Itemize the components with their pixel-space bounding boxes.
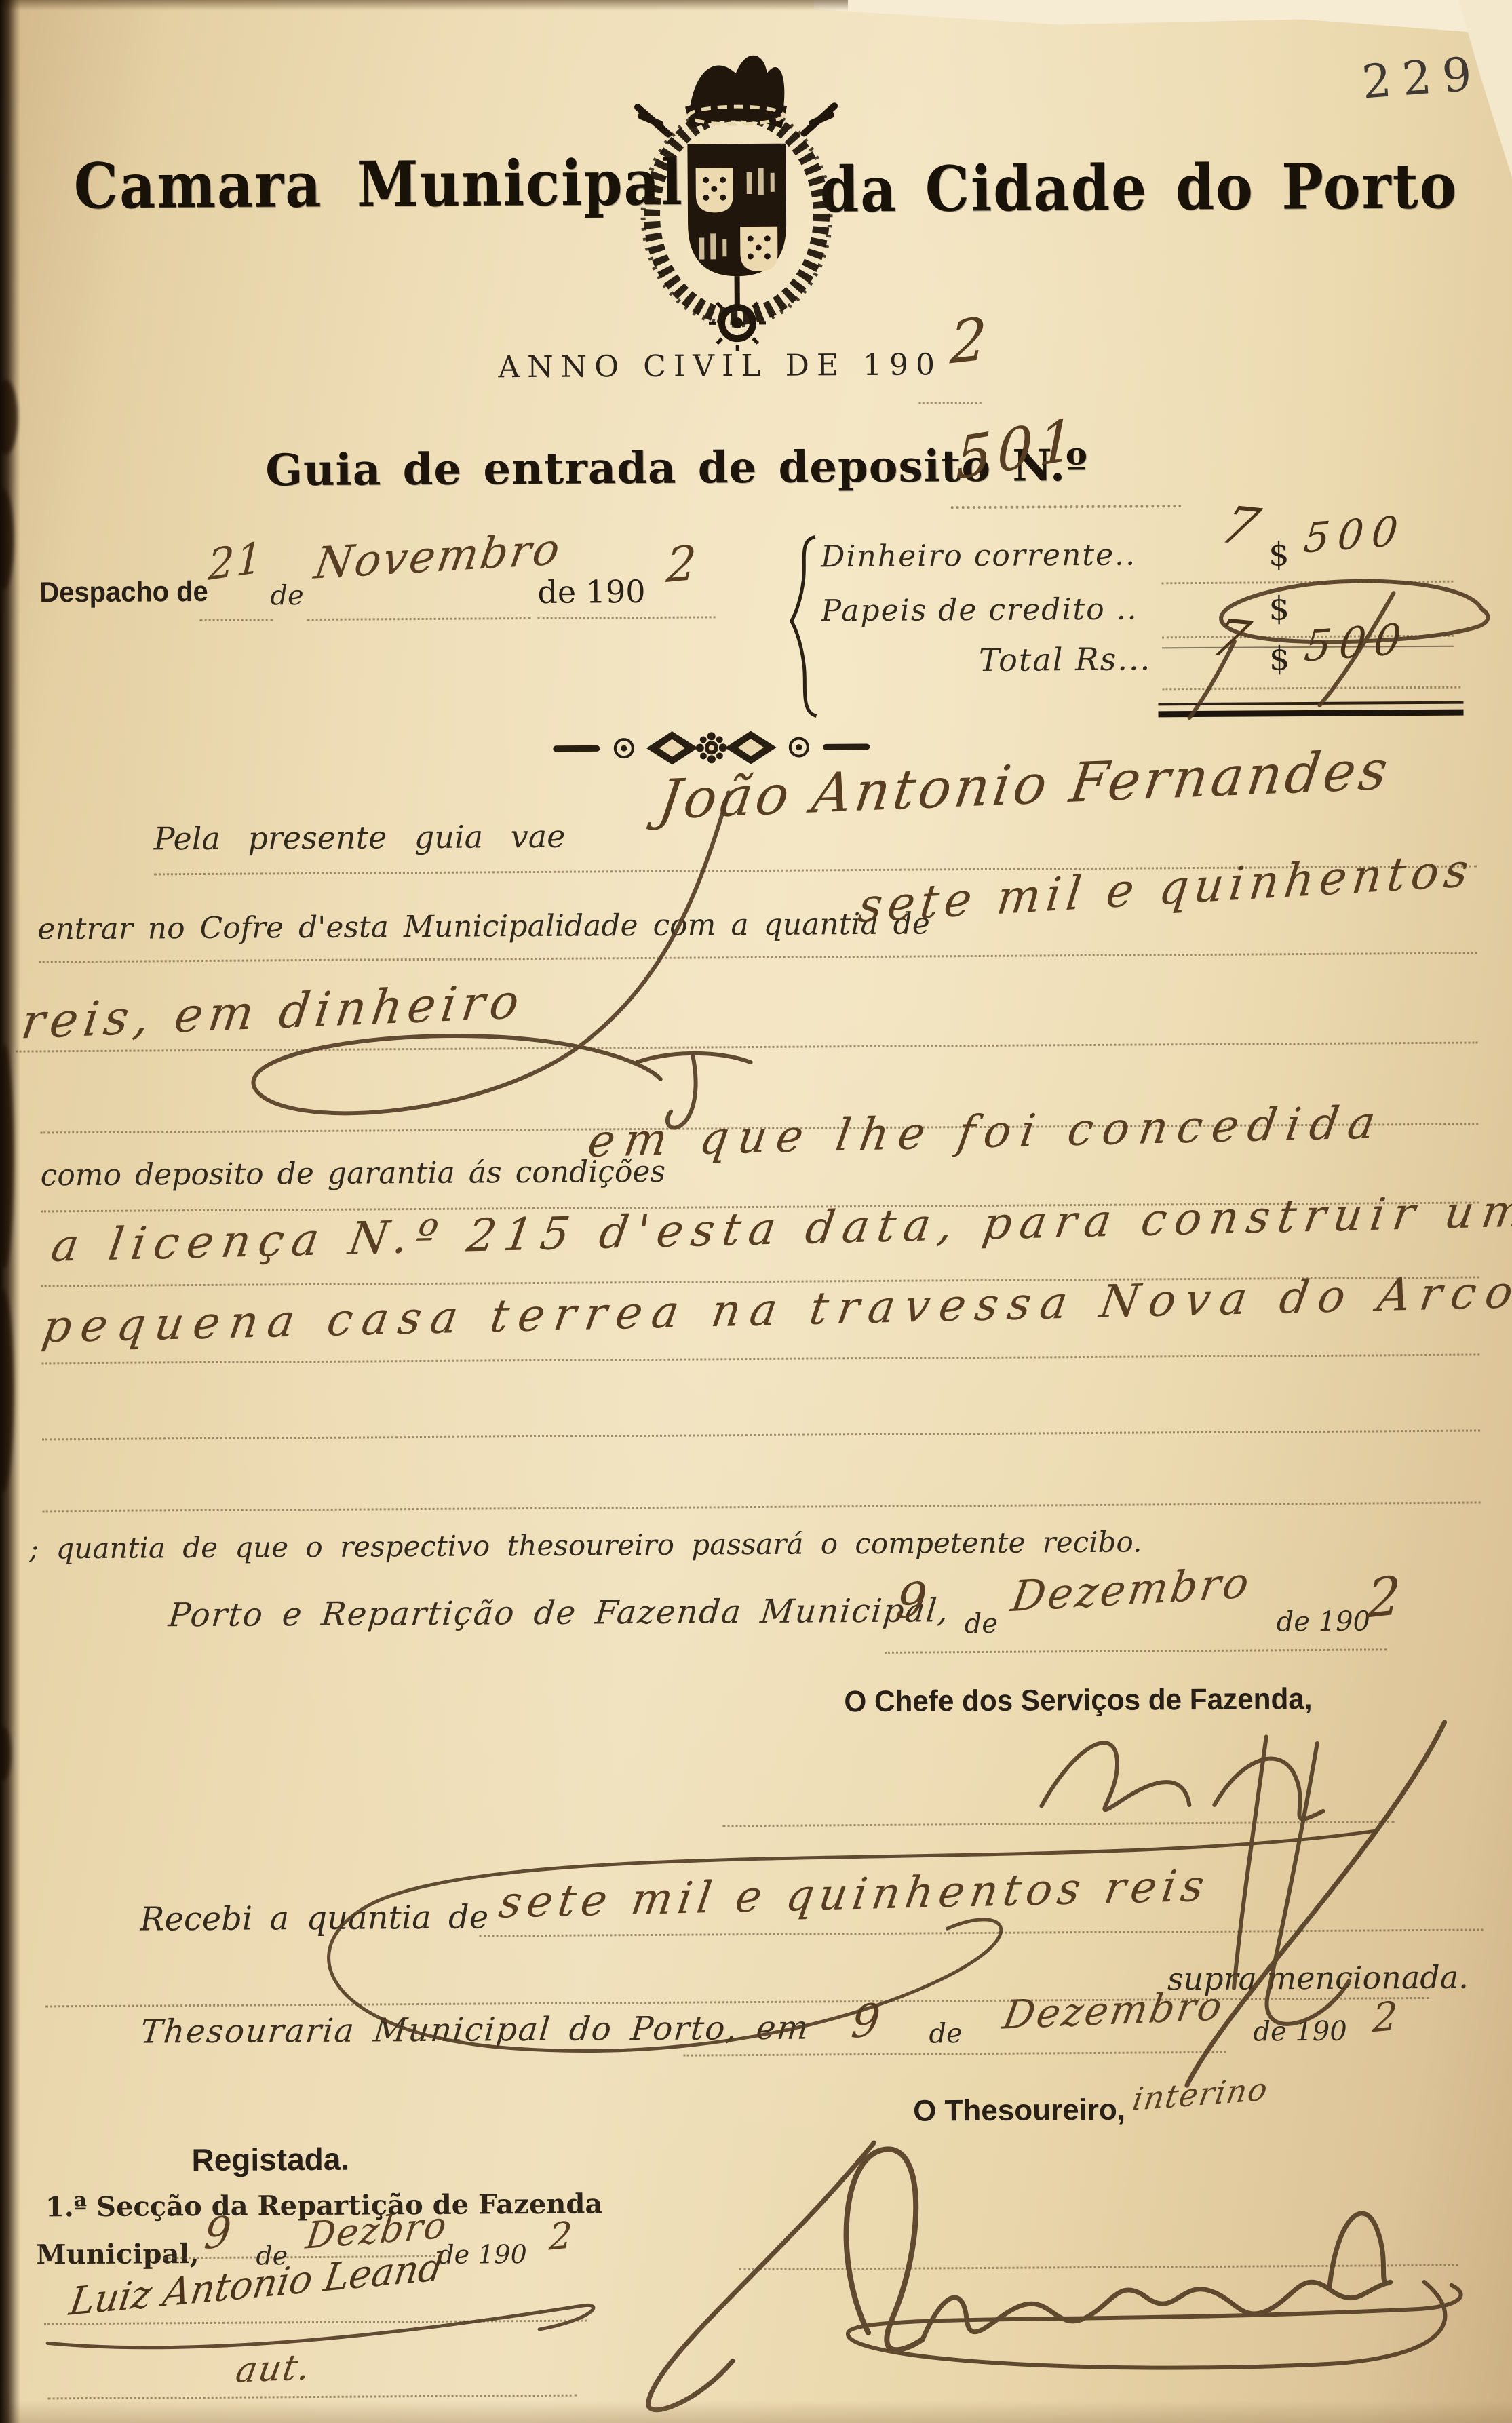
fazenda-de: de bbox=[965, 1610, 999, 1637]
binding-edge bbox=[0, 0, 20, 2423]
scanned-deposit-form: 229 Camara Municipal da Cidade do Porto bbox=[0, 0, 1512, 2423]
chefe-title: O Chefe dos Serviços de Fazenda, bbox=[844, 1684, 1312, 1717]
registada-title: Registada. bbox=[191, 2144, 349, 2175]
ruled-line bbox=[39, 952, 1477, 963]
amount-papeis-currency: $ bbox=[1268, 592, 1290, 625]
registada-de-190: de 190 bbox=[438, 2241, 527, 2268]
amount-papeis-label: Papeis de credito .. bbox=[821, 595, 1138, 627]
amounts-brace bbox=[788, 534, 819, 718]
page-number-stamp: 229 bbox=[1360, 51, 1484, 106]
despacho-de: de bbox=[270, 582, 304, 609]
ruled-line bbox=[16, 1041, 1478, 1052]
amount-total-label: Total Rs... bbox=[979, 643, 1151, 676]
body-line2-printed: entrar no Cofre d'esta Municipalidade co… bbox=[37, 909, 930, 944]
closing-clause-printed: ; quantia de que o respectivo thesoureir… bbox=[29, 1528, 1142, 1564]
guarantee-clause-handwritten: em que lhe foi concedida bbox=[585, 1100, 1387, 1164]
thesouraria-place-line: Thesouraria Municipal do Porto, em bbox=[139, 2012, 811, 2049]
fazenda-year-handwritten: 2 bbox=[1367, 1569, 1403, 1626]
ruled-line bbox=[42, 1429, 1480, 1440]
ruled-line bbox=[307, 617, 531, 621]
amount-dinheiro-reis-handwritten: 500 bbox=[1302, 511, 1408, 560]
org-title-left: Camara Municipal bbox=[73, 152, 684, 218]
ruled-line bbox=[684, 2051, 1226, 2057]
seccao-line2: Municipal, bbox=[36, 2241, 199, 2268]
despacho-label: Despacho de bbox=[39, 577, 208, 607]
fazenda-day-handwritten: 9 bbox=[894, 1575, 930, 1625]
thesoureiro-note-handwritten: interino bbox=[1130, 2073, 1271, 2115]
registada-day-handwritten: 9 bbox=[203, 2211, 234, 2256]
recebi-amount-handwritten: sete mil e quinhentos reis bbox=[496, 1865, 1212, 1925]
amount-total-currency: $ bbox=[1269, 642, 1290, 675]
total-double-rule bbox=[1159, 710, 1464, 718]
amount-dinheiro-currency: $ bbox=[1268, 538, 1290, 570]
despacho-year-handwritten: 2 bbox=[665, 539, 699, 589]
ruled-line bbox=[723, 1821, 1395, 1827]
recebi-printed: Recebi a quantia de bbox=[140, 1901, 488, 1935]
ruled-line bbox=[1161, 581, 1453, 585]
thesoureiro-title: O Thesoureiro, bbox=[913, 2095, 1125, 2127]
ruled-line bbox=[200, 619, 273, 621]
fazenda-month-handwritten: Dezembro bbox=[1009, 1562, 1254, 1618]
ruled-line bbox=[41, 1353, 1479, 1364]
amount-words-handwritten: sete mil e quinhentos bbox=[856, 847, 1476, 930]
top-shadow bbox=[0, 0, 848, 11]
amount-total-reis-handwritten: 500 bbox=[1302, 617, 1411, 667]
thesouraria-de-190: de 190 bbox=[1253, 2018, 1347, 2046]
amount-total-milreis-handwritten: 7 bbox=[1205, 612, 1257, 665]
bottom-shadow bbox=[0, 2400, 1512, 2423]
registada-year-handwritten: 2 bbox=[548, 2217, 575, 2256]
coat-of-arms-icon bbox=[627, 41, 846, 351]
amount-dinheiro-label: Dinheiro corrente.. bbox=[821, 541, 1136, 573]
fazenda-de-190: de 190 bbox=[1277, 1608, 1371, 1635]
despacho-month-handwritten: Novembro bbox=[311, 528, 564, 586]
fazenda-place-line: Porto e Repartição de Fazenda Municipal, bbox=[167, 1594, 951, 1631]
despacho-de-190: de 190 bbox=[537, 576, 645, 608]
ruled-line bbox=[739, 2264, 1458, 2270]
ruled-line bbox=[951, 505, 1182, 509]
ruled-line bbox=[919, 402, 982, 404]
amount-words2-handwritten: reis, em dinheiro bbox=[19, 977, 527, 1046]
amount-dinheiro-milreis-handwritten: 7 bbox=[1215, 499, 1266, 553]
anno-civil-year-handwritten: 2 bbox=[949, 310, 989, 373]
thesouraria-month-handwritten: Dezembro bbox=[1000, 1986, 1226, 2035]
org-title-right: da Cidade do Porto bbox=[820, 155, 1458, 222]
thesouraria-de: de bbox=[929, 2020, 963, 2047]
ruled-line bbox=[1162, 686, 1460, 691]
thesouraria-day-handwritten: 9 bbox=[849, 1998, 883, 2045]
total-double-rule bbox=[1158, 701, 1463, 706]
ruled-line bbox=[43, 1501, 1481, 1512]
body-line4-printed: como deposito de garantia ás condições bbox=[41, 1157, 666, 1191]
ruled-line bbox=[538, 616, 716, 619]
ruled-line bbox=[480, 1928, 1484, 1937]
anno-civil-label: ANNO CIVIL DE 190 bbox=[498, 350, 942, 383]
body-line1-printed: Pela presente guia vae bbox=[153, 821, 565, 855]
clerk-note-handwritten: aut. bbox=[233, 2350, 314, 2388]
thesouraria-year-handwritten: 2 bbox=[1372, 1996, 1399, 2038]
ruled-line bbox=[885, 1648, 1387, 1654]
despacho-day-handwritten: 21 bbox=[208, 536, 265, 587]
licence-clause-handwritten: a licença N.º 215 d'esta data, para cons… bbox=[48, 1188, 1512, 1268]
ruled-line bbox=[48, 2395, 577, 2400]
ruled-line bbox=[44, 2320, 587, 2325]
